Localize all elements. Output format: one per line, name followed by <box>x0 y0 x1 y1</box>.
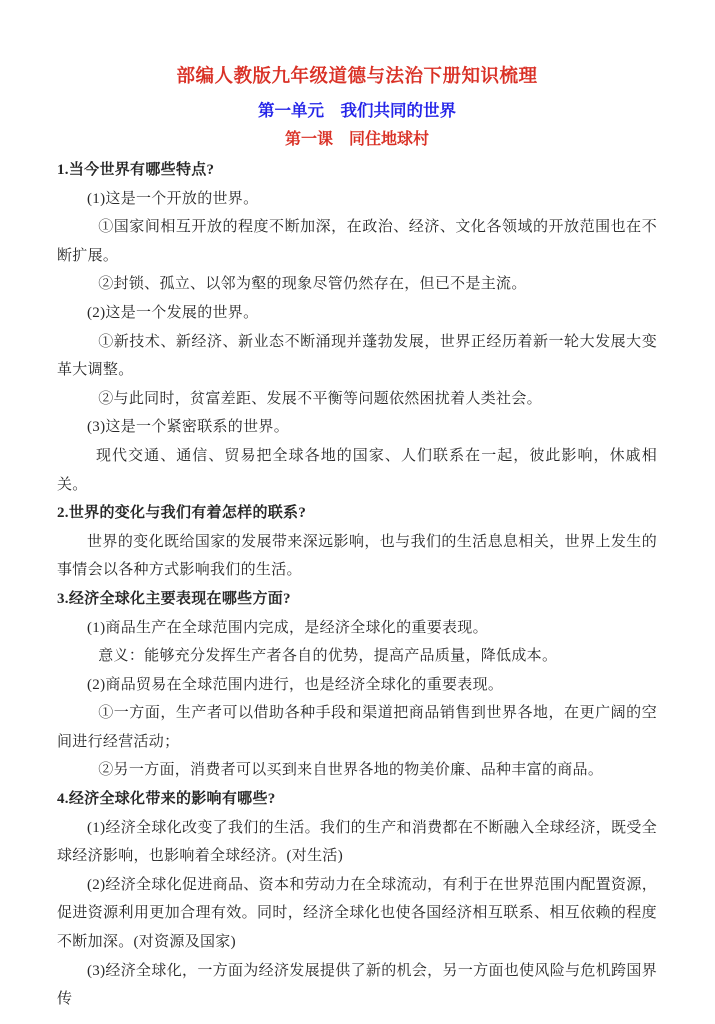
document-body: 1.当今世界有哪些特点? (1)这是一个开放的世界。 ①国家间相互开放的程度不断… <box>57 156 657 1014</box>
q2-answer: 世界的变化既给国家的发展带来深远影响，也与我们的生活息息相关，世界上发生的事情会… <box>57 528 657 585</box>
q3-point-2: (2)商品贸易在全球范围内进行，也是经济全球化的重要表现。 <box>57 671 657 700</box>
q3-point-1-meaning: 意义：能够充分发挥生产者各自的优势，提高产品质量，降低成本。 <box>57 642 657 671</box>
q1-point-2-detail-1: ①新技术、新经济、新业态不断涌现并蓬勃发展，世界正经历着新一轮大发展大变革大调整… <box>57 328 657 385</box>
q1-point-1-detail-2: ②封锁、孤立、以邻为壑的现象尽管仍然存在，但已不是主流。 <box>57 270 657 299</box>
document-title: 部编人教版九年级道德与法治下册知识梳理 <box>57 62 657 92</box>
question-2: 2.世界的变化与我们有着怎样的联系? <box>57 499 657 528</box>
q3-point-1: (1)商品生产在全球范围内完成，是经济全球化的重要表现。 <box>57 614 657 643</box>
q1-point-1-detail-1: ①国家间相互开放的程度不断加深，在政治、经济、文化各领域的开放范围也在不断扩展。 <box>57 213 657 270</box>
q1-point-3: (3)这是一个紧密联系的世界。 <box>57 413 657 442</box>
lesson-heading: 第一课 同住地球村 <box>57 126 657 154</box>
question-3: 3.经济全球化主要表现在哪些方面? <box>57 585 657 614</box>
q4-point-2: (2)经济全球化促进商品、资本和劳动力在全球流动，有利于在世界范围内配置资源，促… <box>57 871 657 957</box>
q4-point-1: (1)经济全球化改变了我们的生活。我们的生产和消费都在不断融入全球经济，既受全球… <box>57 814 657 871</box>
q3-point-2-detail-2: ②另一方面，消费者可以买到来自世界各地的物美价廉、品种丰富的商品。 <box>57 756 657 785</box>
q3-point-2-detail-1: ①一方面，生产者可以借助各种手段和渠道把商品销售到世界各地，在更广阔的空间进行经… <box>57 699 657 756</box>
q1-point-1: (1)这是一个开放的世界。 <box>57 185 657 214</box>
q1-point-3-detail: 现代交通、通信、贸易把全球各地的国家、人们联系在一起，彼此影响，休戚相关。 <box>57 442 657 499</box>
q1-point-2-detail-2: ②与此同时，贫富差距、发展不平衡等问题依然困扰着人类社会。 <box>57 385 657 414</box>
unit-heading: 第一单元 我们共同的世界 <box>57 96 657 126</box>
question-1: 1.当今世界有哪些特点? <box>57 156 657 185</box>
q4-point-3-truncated: (3)经济全球化，一方面为经济发展提供了新的机会，另一方面也使风险与危机跨国界传 <box>57 957 657 1014</box>
document-page: 部编人教版九年级道德与法治下册知识梳理 第一单元 我们共同的世界 第一课 同住地… <box>0 0 715 1024</box>
question-4: 4.经济全球化带来的影响有哪些? <box>57 785 657 814</box>
q1-point-2: (2)这是一个发展的世界。 <box>57 299 657 328</box>
